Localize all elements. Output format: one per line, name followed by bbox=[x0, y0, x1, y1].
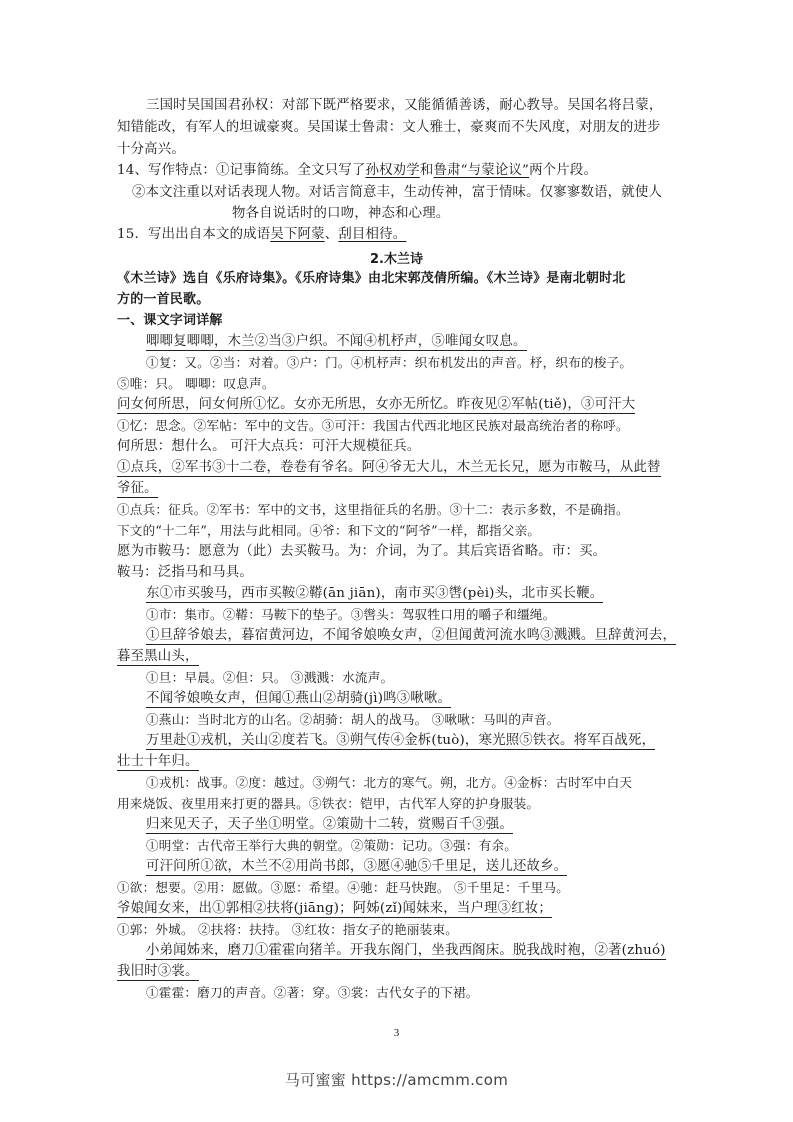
item-15-line: 15．写出出自本文的成语吴下阿蒙、刮目相待。 bbox=[117, 225, 406, 245]
line-text: ①点兵：征兵。②军书：军中的文书，这里指征兵的名册。③十二：表示多数，不是确指。 bbox=[117, 502, 629, 517]
annotation-line: ①郭：外城。 ②扶将：扶持。 ③红妆：指女子的艳丽装束。 bbox=[117, 920, 458, 940]
line-text: 爷征。 bbox=[117, 481, 158, 498]
item-14-term-2: 鲁肃“与蒙论议” bbox=[433, 163, 529, 178]
annotation-line: ①忆：思念。②军帖：军中的文告。③可汗：我国古代西北地区民族对最高统治者的称呼。 bbox=[117, 416, 629, 436]
section-title: 2.木兰诗 bbox=[0, 248, 793, 267]
document-page: 三国时吴国国君孙权：对部下既严格要求，又能循循善诱，耐心教导。吴国名将吕蒙， 知… bbox=[0, 0, 793, 1122]
line-text: ①点兵，②军书③十二卷，卷卷有爷名。阿④爷无大儿，木兰无长兄，愿为市鞍马，从此替 bbox=[117, 460, 661, 477]
line-text: ①郭：外城。 ②扶将：扶持。 ③红妆：指女子的艳丽装束。 bbox=[117, 922, 458, 937]
line-text: 何所思：想什么。 可汗大点兵：可汗大规模征兵。 bbox=[117, 439, 420, 454]
item-15-sep: 、 bbox=[325, 227, 339, 242]
line-text: ①明堂：古代帝王举行大典的朝堂。②策勋：记功。③强：有余。 bbox=[146, 838, 517, 853]
item-15-prefix: 15．写出出自本文的成语 bbox=[117, 227, 270, 242]
heading-vocabulary: 一、课文字词详解 bbox=[117, 311, 223, 331]
line-text: 东①市买骏马，西市买鞍②鞯(ān jiān)，南市买③辔(pèi)头，北市买长鞭… bbox=[146, 586, 603, 603]
intro-line-1: 三国时吴国国君孙权：对部下既严格要求，又能循循善诱，耐心教导。吴国名将吕蒙， bbox=[146, 96, 662, 116]
line-text: 可汗问所①欲，木兰不②用尚书郎，③愿④驰⑤千里足，送儿还故乡。 bbox=[146, 859, 567, 876]
annotation-line: ①戎机：战事。②度：越过。③朔气：北方的寒气。朔，北方。④金柝：古时军中白天 bbox=[146, 773, 632, 793]
line-text: ①欲：想要。②用：愿做。③愿：希望。④驰：赶马快跑。 ⑤千里足：千里马。 bbox=[117, 880, 569, 895]
annotation-line: ①旦：早晨。②但：只。 ③溅溅：水流声。 bbox=[146, 668, 393, 688]
line-text: ①复：又。②当：对着。③户：门。④机杼声：织布机发出的声音。杼，织布的梭子。 bbox=[146, 355, 632, 370]
line-text: 鞍马：泛指马和马具。 bbox=[117, 565, 253, 580]
idiom-1: 吴下阿蒙 bbox=[270, 227, 324, 242]
line-text: 用来烧饭、夜里用来打更的器具。⑤铁衣：铠甲，古代军人穿的护身服装。 bbox=[117, 796, 539, 811]
annotation-line: 何所思：想什么。 可汗大点兵：可汗大规模征兵。 bbox=[117, 437, 420, 457]
intro-line-3: 十分高兴。 bbox=[117, 140, 185, 160]
line-text: 万里赴①戎机，关山②度若飞。③朔气传④金柝(tuò)，寒光照⑤铁衣。将军百战死， bbox=[146, 733, 655, 750]
line-text: ①市：集市。②鞯：马鞍下的垫子。③辔头：驾驭牲口用的嚼子和缰绳。 bbox=[146, 607, 555, 622]
item-14-term-1: 孙权劝学 bbox=[365, 163, 419, 178]
line-text: ①旦辞爷娘去，暮宿黄河边，不闻爷娘唤女声，②但闻黄河流水鸣③溅溅。旦辞黄河去， bbox=[146, 628, 676, 645]
watermark: 马可蜜蜜 https://amcmm.com bbox=[0, 1069, 793, 1090]
annotation-line: ①市：集市。②鞯：马鞍下的垫子。③辔头：驾驭牲口用的嚼子和缰绳。 bbox=[146, 605, 555, 625]
intro-line-2: 知错能改，有军人的坦诚豪爽。吴国谋士鲁肃：文人雅士，豪爽而不失风度，对朋友的进步 bbox=[117, 118, 661, 138]
line-text: ①霍霍：磨刀的声音。②著：穿。③裳：古代女子的下裙。 bbox=[146, 985, 479, 1000]
intro-bold-line-1: 《木兰诗》选自《乐府诗集》。《乐府诗集》由北宋郭茂倩所编。《木兰诗》是南北朝时北 bbox=[117, 269, 626, 289]
idiom-2: 刮目相待。 bbox=[338, 227, 406, 242]
annotation-line: 用来烧饭、夜里用来打更的器具。⑤铁衣：铠甲，古代军人穿的护身服装。 bbox=[117, 794, 539, 814]
line-text: 归来见天子，天子坐①明堂。②策勋十二转，赏赐百千③强。 bbox=[146, 817, 513, 834]
line-text: 小弟闻姊来，磨刀①霍霍向猪羊。开我东阁门，坐我西阁床。脱我战时袍，②著(zhuó… bbox=[146, 943, 666, 960]
text-line-underlined: 不闻爷娘唤女声，但闻①燕山②胡骑(jì)鸣③啾啾。 bbox=[146, 689, 451, 709]
line-text: 我旧时③裳。 bbox=[117, 964, 199, 981]
text-line-underlined: 唧唧复唧唧，木兰②当③户织。不闻④机杼声，⑤唯闻女叹息。 bbox=[146, 332, 527, 352]
text-line-underlined: 归来见天子，天子坐①明堂。②策勋十二转，赏赐百千③强。 bbox=[146, 815, 513, 835]
item-14-line-1: 14、写作特点：①记事简练。全文只写了孙权劝学和鲁肃“与蒙论议”两个片段。 bbox=[117, 161, 597, 181]
text-line-underlined: 我旧时③裳。 bbox=[117, 962, 199, 982]
annotation-line: ①点兵：征兵。②军书：军中的文书，这里指征兵的名册。③十二：表示多数，不是确指。 bbox=[117, 500, 629, 520]
intro-bold-line-2: 方的一首民歌。 bbox=[117, 290, 209, 310]
annotation-line: ①复：又。②当：对着。③户：门。④机杼声：织布机发出的声音。杼，织布的梭子。 bbox=[146, 353, 632, 373]
text-line-underlined: ①旦辞爷娘去，暮宿黄河边，不闻爷娘唤女声，②但闻黄河流水鸣③溅溅。旦辞黄河去， bbox=[146, 626, 676, 646]
page-number: 3 bbox=[0, 1027, 793, 1039]
line-text: 愿为市鞍马：愿意为（此）去买鞍马。为：介词，为了。其后宾语省略。市：买。 bbox=[117, 544, 606, 559]
annotation-line: ①霍霍：磨刀的声音。②著：穿。③裳：古代女子的下裙。 bbox=[146, 983, 479, 1003]
line-text: ①忆：思念。②军帖：军中的文告。③可汗：我国古代西北地区民族对最高统治者的称呼。 bbox=[117, 418, 629, 433]
text-line-underlined: 壮士十年归。 bbox=[117, 752, 199, 772]
annotation-line: ⑤唯：只。 唧唧：叹息声。 bbox=[117, 374, 275, 394]
text-line-underlined: 小弟闻姊来，磨刀①霍霍向猪羊。开我东阁门，坐我西阁床。脱我战时袍，②著(zhuó… bbox=[146, 941, 666, 961]
line-text: ①旦：早晨。②但：只。 ③溅溅：水流声。 bbox=[146, 670, 393, 685]
text-line-underlined: 可汗问所①欲，木兰不②用尚书郎，③愿④驰⑤千里足，送儿还故乡。 bbox=[146, 857, 567, 877]
annotation-line: 鞍马：泛指马和马具。 bbox=[117, 563, 253, 583]
text-line-underlined: ①点兵，②军书③十二卷，卷卷有爷名。阿④爷无大儿，木兰无长兄，愿为市鞍马，从此替 bbox=[117, 458, 661, 478]
text-line-underlined: 爷娘闻女来，出①郭相②扶将(jiāng)；阿姊(zǐ)闻妹来，当户理③红妆； bbox=[117, 899, 552, 919]
text-line-underlined: 爷征。 bbox=[117, 479, 158, 499]
line-text: ⑤唯：只。 唧唧：叹息声。 bbox=[117, 376, 275, 391]
line-text: 不闻爷娘唤女声，但闻①燕山②胡骑(jì)鸣③啾啾。 bbox=[146, 691, 451, 708]
line-text: ①燕山：当时北方的山名。②胡骑：胡人的战马。 ③啾啾：马叫的声音。 bbox=[146, 712, 560, 727]
annotation-line: ①燕山：当时北方的山名。②胡骑：胡人的战马。 ③啾啾：马叫的声音。 bbox=[146, 710, 560, 730]
annotation-line: ①欲：想要。②用：愿做。③愿：希望。④驰：赶马快跑。 ⑤千里足：千里马。 bbox=[117, 878, 569, 898]
line-text: ①戎机：战事。②度：越过。③朔气：北方的寒气。朔，北方。④金柝：古时军中白天 bbox=[146, 775, 632, 790]
annotation-line: 下文的“十二年”，用法与此相同。④爷：和下文的“阿爷”一样，都指父亲。 bbox=[117, 521, 540, 541]
text-line-underlined: 万里赴①戎机，关山②度若飞。③朔气传④金柝(tuò)，寒光照⑤铁衣。将军百战死， bbox=[146, 731, 655, 751]
item-14-line-2: ②本文注重以对话表现人物。对话言简意丰，生动传神，富于情味。仅寥寥数语，就使人 bbox=[132, 183, 662, 203]
line-text: 下文的“十二年”，用法与此相同。④爷：和下文的“阿爷”一样，都指父亲。 bbox=[117, 523, 540, 538]
line-text: 问女何所思，问女何所①忆。女亦无所思，女亦无所忆。昨夜见②军帖(tiě)，③可汗… bbox=[117, 397, 635, 414]
item-14-mid: 和 bbox=[420, 163, 434, 178]
annotation-line: 愿为市鞍马：愿意为（此）去买鞍马。为：介词，为了。其后宾语省略。市：买。 bbox=[117, 542, 606, 562]
item-14-suffix: 两个片段。 bbox=[529, 163, 597, 178]
item-14-line-3: 物各自说话时的口吻，神态和心理。 bbox=[232, 204, 449, 224]
line-text: 暮至黑山头， bbox=[117, 649, 199, 666]
text-line-underlined: 暮至黑山头， bbox=[117, 647, 199, 667]
annotation-line: ①明堂：古代帝王举行大典的朝堂。②策勋：记功。③强：有余。 bbox=[146, 836, 517, 856]
line-text: 唧唧复唧唧，木兰②当③户织。不闻④机杼声，⑤唯闻女叹息。 bbox=[146, 334, 527, 351]
item-14-prefix: 14、写作特点：①记事简练。全文只写了 bbox=[117, 163, 365, 178]
text-line-underlined: 问女何所思，问女何所①忆。女亦无所思，女亦无所忆。昨夜见②军帖(tiě)，③可汗… bbox=[117, 395, 635, 415]
line-text: 壮士十年归。 bbox=[117, 754, 199, 771]
line-text: 爷娘闻女来，出①郭相②扶将(jiāng)；阿姊(zǐ)闻妹来，当户理③红妆； bbox=[117, 901, 552, 918]
text-line-underlined: 东①市买骏马，西市买鞍②鞯(ān jiān)，南市买③辔(pèi)头，北市买长鞭… bbox=[146, 584, 603, 604]
